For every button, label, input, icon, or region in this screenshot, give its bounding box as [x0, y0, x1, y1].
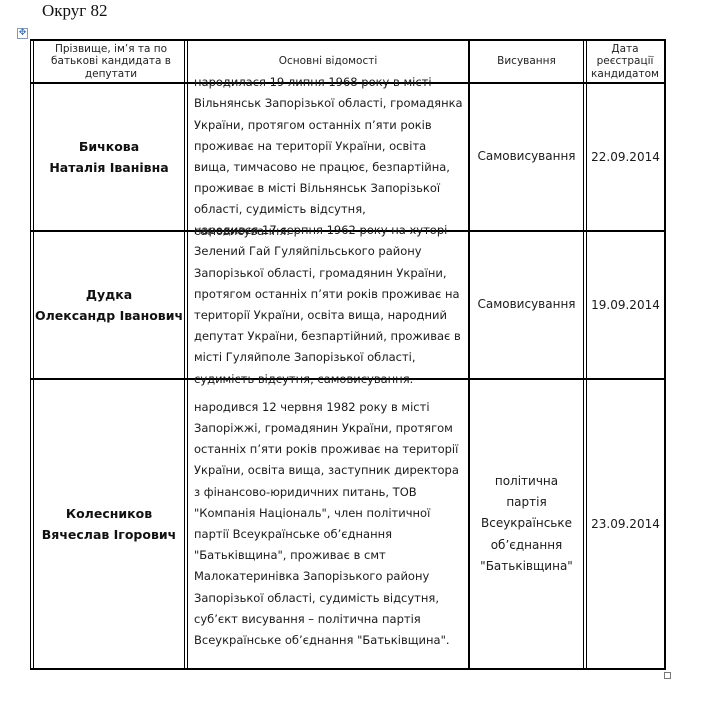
candidate-surname: Колесников [42, 503, 176, 524]
candidate-given-names: Наталія Іванівна [49, 157, 168, 178]
candidate-name-cell: Дудка Олександр Іванович [34, 232, 184, 378]
candidate-nomination: Самовисування [470, 84, 583, 230]
table-border-left-outer [30, 39, 31, 670]
candidate-registration-date: 19.09.2014 [587, 232, 664, 378]
candidate-info-cell: народився 17 серпня 1962 року на хуторі … [188, 232, 468, 378]
candidate-info-cell: народилася 19 липня 1968 року в місті Ві… [188, 84, 468, 230]
candidate-info-cell: народився 12 червня 1982 року в місті За… [188, 380, 468, 668]
candidate-name-cell: Бичкова Наталія Іванівна [34, 84, 184, 230]
table-move-icon[interactable]: ✥ [17, 28, 28, 39]
col-divider-1a [184, 39, 185, 670]
table-border-bottom [30, 668, 666, 670]
table-border-right [664, 39, 666, 670]
candidate-nomination: політична партія Всеукраїнське об’єднанн… [474, 380, 579, 668]
col-divider-3a [583, 39, 584, 670]
candidate-registration-date: 23.09.2014 [587, 380, 664, 668]
header-nomination: Висування [470, 41, 583, 82]
candidate-given-names: Олександр Іванович [35, 305, 183, 326]
candidate-info-text: народився 12 червня 1982 року в місті За… [194, 397, 465, 651]
candidate-surname: Дудка [35, 284, 183, 305]
candidate-info-text: народився 17 серпня 1962 року на хуторі … [194, 220, 465, 390]
candidate-info-text: народилася 19 липня 1968 року в місті Ві… [194, 72, 465, 242]
candidate-registration-date: 22.09.2014 [587, 84, 664, 230]
header-candidate-name: Прізвище, ім’я та по батькові кандидата … [42, 41, 180, 82]
table-resize-handle-icon[interactable] [664, 672, 671, 679]
header-registration-date: Дата реєстрації кандидатом [589, 41, 661, 82]
candidates-table: Прізвище, ім’я та по батькові кандидата … [30, 39, 666, 670]
candidate-given-names: Вячеслав Ігорович [42, 524, 176, 545]
candidate-surname: Бичкова [49, 136, 168, 157]
candidate-name-cell: Колесников Вячеслав Ігорович [34, 380, 184, 668]
document-title: Округ 82 [42, 1, 108, 21]
candidate-nomination: Самовисування [470, 232, 583, 378]
